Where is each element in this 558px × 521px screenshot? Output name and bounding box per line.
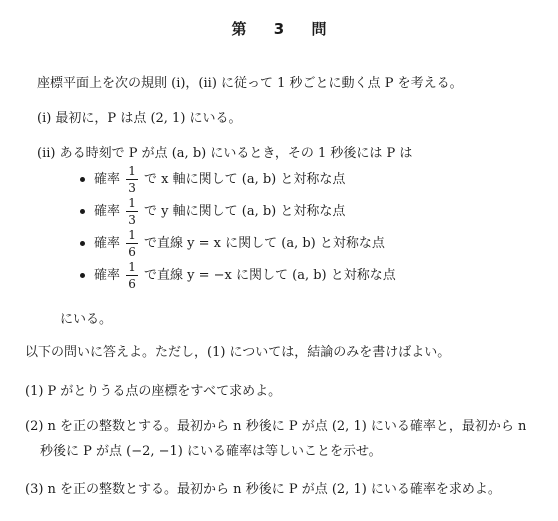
bullet-text: で y 軸に関して (a, b) と対称な点: [144, 205, 345, 218]
question-2-line-1: (2) n を正の整数とする。最初から n 秒後に P が点 (2, 1) にい…: [25, 420, 526, 433]
fraction-denominator: 6: [128, 276, 136, 290]
fraction: 1 3: [126, 197, 138, 226]
title-prefix: 第: [232, 22, 247, 37]
rule-i: (i) 最初に，P は点 (2, 1) にいる。: [37, 112, 242, 125]
intro-text: 座標平面上を次の規則 (i)，(ii) に従って 1 秒ごとに動く点 P を考え…: [37, 77, 463, 90]
fraction-denominator: 6: [128, 244, 136, 258]
fraction: 1 3: [126, 165, 138, 194]
bullet-prefix: 確率: [94, 173, 120, 186]
bullet-item: 確率 1 3 で y 軸に関して (a, b) と対称な点: [80, 197, 345, 226]
fraction-numerator: 1: [128, 261, 136, 275]
question-2-line-2: 秒後に P が点 (−2, −1) にいる確率は等しいことを示せ。: [40, 445, 382, 458]
bullet-item: 確率 1 6 で直線 y = x に関して (a, b) と対称な点: [80, 229, 385, 258]
bullet-icon: [80, 273, 85, 278]
fraction: 1 6: [126, 229, 138, 258]
bullet-item: 確率 1 3 で x 軸に関して (a, b) と対称な点: [80, 165, 345, 194]
bullet-icon: [80, 177, 85, 182]
bullet-icon: [80, 209, 85, 214]
bullet-text: で直線 y = x に関して (a, b) と対称な点: [144, 237, 385, 250]
fraction: 1 6: [126, 261, 138, 290]
title-number: 3: [274, 22, 284, 37]
fraction-denominator: 3: [128, 180, 136, 194]
instructions-text: 以下の問いに答えよ。ただし，(1) については，結論のみを書けばよい。: [25, 346, 450, 359]
question-1: (1) P がとりうる点の座標をすべて求めよ。: [25, 385, 281, 398]
fraction-numerator: 1: [128, 229, 136, 243]
bullet-prefix: 確率: [94, 205, 120, 218]
rule-ii: (ii) ある時刻で P が点 (a, b) にいるとき，その 1 秒後には P…: [37, 147, 412, 160]
title-suffix: 問: [311, 22, 326, 37]
bullet-text: で x 軸に関して (a, b) と対称な点: [144, 173, 345, 186]
problem-title: 第 3 問: [0, 22, 558, 37]
bullet-prefix: 確率: [94, 237, 120, 250]
closing-text: にいる。: [60, 313, 112, 326]
bullet-icon: [80, 241, 85, 246]
bullet-prefix: 確率: [94, 269, 120, 282]
fraction-numerator: 1: [128, 165, 136, 179]
bullet-item: 確率 1 6 で直線 y = −x に関して (a, b) と対称な点: [80, 261, 396, 290]
fraction-numerator: 1: [128, 197, 136, 211]
bullet-text: で直線 y = −x に関して (a, b) と対称な点: [144, 269, 396, 282]
question-3: (3) n を正の整数とする。最初から n 秒後に P が点 (2, 1) にい…: [25, 483, 501, 496]
fraction-denominator: 3: [128, 212, 136, 226]
